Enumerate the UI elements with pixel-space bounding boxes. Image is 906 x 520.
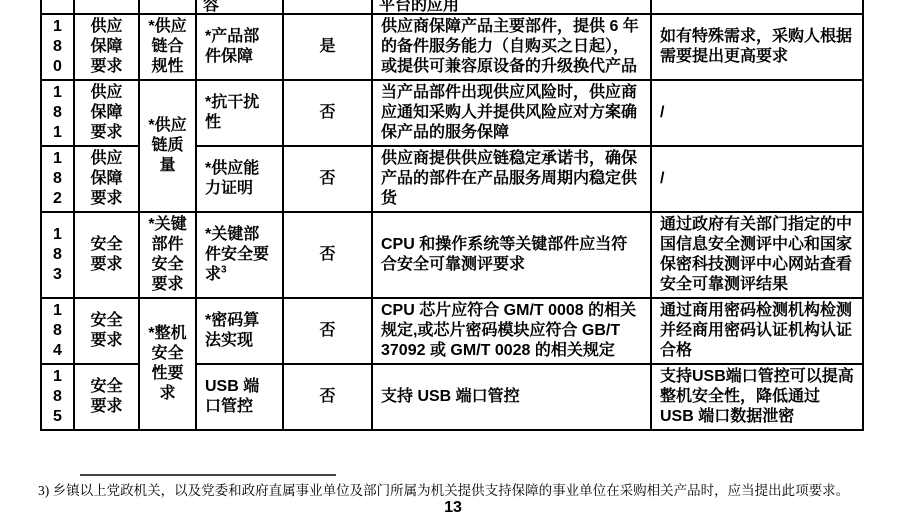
- required-cell: 否: [283, 364, 372, 430]
- required-cell: 否: [283, 298, 372, 364]
- row-no-cell: 183: [41, 212, 74, 298]
- table-row: 183 安全要求 *关键部件安全要求 *关键部件安全要求3 否 CPU 和操作系…: [41, 212, 863, 298]
- category-cell: 安全要求: [74, 364, 139, 430]
- required-cell: [283, 0, 372, 14]
- subcategory-cell: *整机安全性要求: [139, 298, 196, 430]
- description-cell: CPU 芯片应符合 GM/T 0008 的相关规定,或芯片密码模块应符合 GB/…: [372, 298, 651, 364]
- item-cell: *密码算法实现: [196, 298, 283, 364]
- document-page: 容 平台的应用 180 供应保障要求 *供应链合规性 *产品部件保障 是 供应商…: [0, 0, 906, 520]
- category-cell: 安全要求: [74, 298, 139, 364]
- remark-cell: /: [651, 80, 863, 146]
- item-cell: *抗干扰性: [196, 80, 283, 146]
- subcategory-cell: *供应链合规性: [139, 14, 196, 80]
- remark-cell: 通过政府有关部门指定的中国信息安全测评中心和国家保密科技测评中心网站查看安全可靠…: [651, 212, 863, 298]
- required-cell: 是: [283, 14, 372, 80]
- category-cell: 供应保障要求: [74, 146, 139, 212]
- category-cell: 供应保障要求: [74, 14, 139, 80]
- remark-cell: [651, 0, 863, 14]
- row-no-cell: 184: [41, 298, 74, 364]
- footnote-separator: [80, 474, 336, 476]
- category-cell: 安全要求: [74, 212, 139, 298]
- item-cell: *供应能力证明: [196, 146, 283, 212]
- required-cell: 否: [283, 212, 372, 298]
- description-cell: 供应商保障产品主要部件，提供 6 年的备件服务能力（自购买之日起），或提供可兼容…: [372, 14, 651, 80]
- item-cell: 容: [196, 0, 283, 14]
- row-no-cell: 181: [41, 80, 74, 146]
- category-cell: [74, 0, 139, 14]
- item-cell: *关键部件安全要求3: [196, 212, 283, 298]
- description-cell: CPU 和操作系统等关键部件应当符合安全可靠测评要求: [372, 212, 651, 298]
- table-row: 180 供应保障要求 *供应链合规性 *产品部件保障 是 供应商保障产品主要部件…: [41, 14, 863, 80]
- row-no-cell: [41, 0, 74, 14]
- table-row-partial: 容 平台的应用: [41, 0, 863, 14]
- description-cell: 支持 USB 端口管控: [372, 364, 651, 430]
- required-cell: 否: [283, 146, 372, 212]
- row-no-cell: 180: [41, 14, 74, 80]
- partial-description-text: 平台的应用: [379, 0, 459, 13]
- subcategory-cell: *供应链质量: [139, 80, 196, 212]
- page-number: 13: [0, 499, 906, 517]
- requirements-table: 容 平台的应用 180 供应保障要求 *供应链合规性 *产品部件保障 是 供应商…: [40, 0, 864, 431]
- footnote-reference: 3: [221, 265, 227, 276]
- description-cell: 供应商提供供应链稳定承诺书，确保产品的部件在产品服务周期内稳定供货: [372, 146, 651, 212]
- subcategory-cell: [139, 0, 196, 14]
- description-cell: 平台的应用: [372, 0, 651, 14]
- remark-cell: /: [651, 146, 863, 212]
- item-cell: *产品部件保障: [196, 14, 283, 80]
- description-cell: 当产品部件出现供应风险时，供应商应通知采购人并提供风险应对方案确保产品的服务保障: [372, 80, 651, 146]
- remark-cell: 如有特殊需求，采购人根据需要提出更高要求: [651, 14, 863, 80]
- row-no-cell: 185: [41, 364, 74, 430]
- category-cell: 供应保障要求: [74, 80, 139, 146]
- item-text: *关键部件安全要求: [205, 226, 269, 283]
- table-row: 184 安全要求 *整机安全性要求 *密码算法实现 否 CPU 芯片应符合 GM…: [41, 298, 863, 364]
- subcategory-cell: *关键部件安全要求: [139, 212, 196, 298]
- row-no-cell: 182: [41, 146, 74, 212]
- required-cell: 否: [283, 80, 372, 146]
- remark-cell: 支持USB端口管控可以提高整机安全性，降低通过 USB 端口数据泄密: [651, 364, 863, 430]
- table-row: 181 供应保障要求 *供应链质量 *抗干扰性 否 当产品部件出现供应风险时，供…: [41, 80, 863, 146]
- partial-item-text: 容: [203, 0, 219, 13]
- item-cell: USB 端口管控: [196, 364, 283, 430]
- remark-cell: 通过商用密码检测机构检测并经商用密码认证机构认证合格: [651, 298, 863, 364]
- footnote-text: 3) 乡镇以上党政机关，以及党委和政府直属事业单位及部门所属为机关提供支持保障的…: [38, 482, 894, 499]
